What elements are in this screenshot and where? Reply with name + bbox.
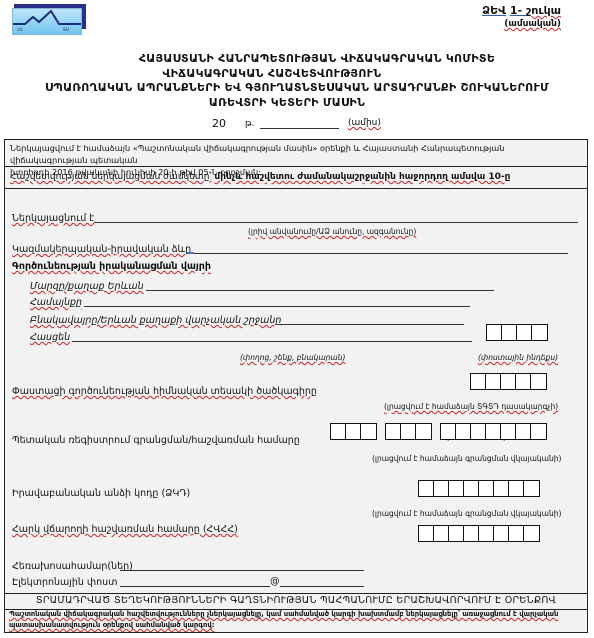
activity-hint: (լրացվում է համաձայն ՏԳՏԴ դասակարգչի) (384, 402, 558, 411)
logo-left-label: ՀՏ (17, 27, 23, 32)
email-user-input[interactable] (120, 586, 270, 587)
community-input[interactable] (84, 306, 470, 307)
legal-form-label: Կազմակերպական-իրավական ձևը (12, 244, 191, 255)
deadline-label: Հաշվետվության ներկայացման ժամկետը՝ (10, 172, 212, 182)
confidentiality-banner: ՏՐԱՄԱԴՐՎԱԾ ՏԵՂԵԿՈՒԹՅՈՒՆՆԵՐԻ ԳԱՂՏՆԻՈՒԹՅԱՆ… (5, 593, 587, 610)
registry-hint: (լրացվում է համաձայն գրանցման վկայականի) (372, 454, 561, 463)
address-label: Հասցեն (30, 332, 70, 343)
title-line-2: ՎԻՃԱԿԱԳՐԱԿԱՆ ՀԱՇՎԵՏՎՈՒԹՅՈՒՆ (0, 67, 594, 82)
chart-line-icon (13, 9, 81, 34)
form-id: ՁԵՎ 1- շուկա (482, 4, 561, 17)
legal-basis-line-1: Ներկայացվում է համաձայն «Պաշտոնական վիճա… (10, 142, 582, 166)
community-label: Համայնքը (30, 297, 82, 308)
region-input[interactable] (146, 290, 494, 291)
date-year-suffix: թ. (245, 119, 255, 129)
registry-boxes-group-1[interactable] (330, 423, 377, 440)
liability-notice-line-2: պատասխանատվություն օրենքով սահմանված կար… (9, 620, 583, 631)
title-line-3: ՍՊԱՌՈՂԱԿԱՆ ԱՊՐԱՆՔՆԵՐԻ ԵՎ ԳՅՈՒՂԱՏՆՏԵՍԱԿԱՆ… (0, 81, 594, 96)
activity-label: Փաստացի գործունեության հիմնական տեսակի ծ… (12, 386, 317, 397)
month-input-line[interactable] (260, 128, 339, 129)
form-periodicity: (ամսական) (504, 19, 561, 29)
submission-deadline: Հաշվետվության ներկայացման ժամկետը՝ մինչև… (5, 168, 587, 189)
registry-boxes-group-2[interactable] (385, 423, 432, 440)
legal-code-boxes[interactable] (418, 480, 540, 497)
email-at-sign: @ (270, 576, 280, 587)
legal-code-label: Իրավաբանական անձի կոդը (ՁԿԴ) (12, 488, 190, 499)
district-label: Բնակավայրը/Երևան քաղաքի վարչական շրջանը (30, 315, 281, 326)
submitter-label: Ներկայացնում է (12, 213, 94, 224)
address-input[interactable] (72, 341, 472, 342)
submitter-hint: (լրիվ անվանումը/ԱՁ անունը, ազգանունը) (248, 227, 416, 236)
form-id-prefix: ՁԵՎ (482, 4, 506, 17)
email-label: Էլեկտրոնային փոստ (12, 577, 117, 588)
legal-basis-text: Ներկայացվում է համաձայն «Պաշտոնական վիճա… (5, 140, 587, 167)
liability-notice: Պաշտոնական վիճակագրական հաշվետվություննե… (5, 609, 587, 631)
cursor-marker (187, 252, 194, 254)
activity-code-boxes[interactable] (470, 373, 547, 390)
tax-id-boxes[interactable] (418, 525, 540, 542)
deadline-value: մինչև հաշվետու ժամանակաշրջանին հաջորդող … (214, 172, 510, 182)
address-hint: (փողոց, շենք, բնակարան) (240, 353, 345, 362)
month-hint: (ամիս) (348, 118, 381, 128)
phone-input[interactable] (120, 570, 364, 571)
region-label: Մարզը/քաղաք Երևան (30, 281, 144, 292)
registry-boxes-group-3[interactable] (440, 423, 547, 440)
registry-dot-2: · (503, 437, 505, 445)
armstat-logo: ՀՏ ՏԱ (12, 8, 82, 35)
location-heading: Գործունեության իրականացման վայրի (12, 261, 211, 272)
district-input[interactable] (278, 324, 464, 325)
title-line-4: ԱՌԵՎՏՐԻ ԿԵՏԵՐԻ ՄԱՍԻՆ (0, 96, 594, 111)
legal-form-input[interactable] (188, 253, 568, 254)
document-title: ՀԱՅԱՍՏԱՆԻ ՀԱՆՐԱՊԵՏՈՒԹՅԱՆ ՎԻՃԱԿԱԳՐԱԿԱՆ ԿՈ… (0, 52, 594, 110)
tax-id-label-wrap: Հարկ վճարողի հաշվառման համարը (ՀՎՀՀ) (12, 524, 238, 535)
logo-right-label: ՏԱ (63, 27, 69, 32)
postal-code-boxes[interactable] (486, 324, 548, 341)
email-domain-input[interactable] (280, 586, 364, 587)
form-id-number: 1- (510, 4, 526, 17)
phone-label: Հեռախոսահամար(ներ) (12, 561, 133, 572)
title-line-1: ՀԱՅԱՍՏԱՆԻ ՀԱՆՐԱՊԵՏՈՒԹՅԱՆ ՎԻՃԱԿԱԳՐԱԿԱՆ ԿՈ… (0, 52, 594, 67)
registry-label: Պետական ռեգիստրում գրանցման/հաշվառման հա… (12, 435, 300, 446)
legal-code-hint: (լրացվում է համաձայն գրանցման վկայականի) (372, 509, 561, 518)
date-year-prefix: 20 (212, 117, 226, 130)
postal-hint: (փոստային ինդեքս) (478, 353, 558, 362)
registry-dot-1: · (447, 437, 449, 445)
submitter-input[interactable] (94, 222, 578, 223)
tax-id-label: Հարկ վճարողի հաշվառման համարը (ՀՎՀՀ) (12, 524, 238, 535)
form-id-suffix: շուկա (526, 4, 561, 17)
liability-notice-line-1: Պաշտոնական վիճակագրական հաշվետվություննե… (9, 609, 583, 620)
